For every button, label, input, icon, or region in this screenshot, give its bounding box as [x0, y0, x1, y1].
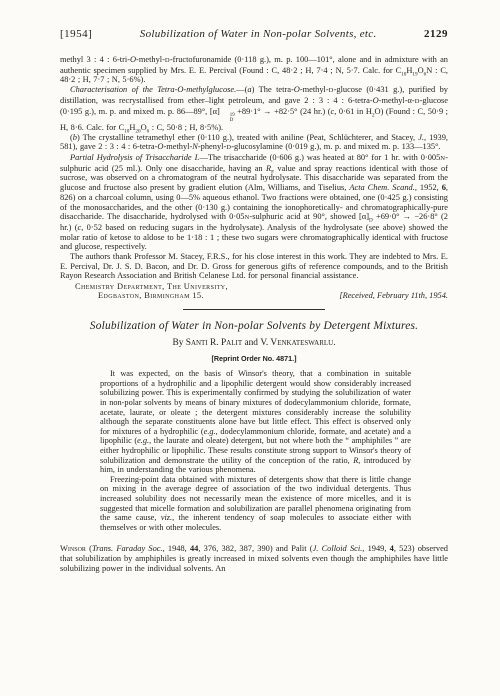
journal-page: [1954] Solubilization of Water in Non-po… [0, 0, 500, 696]
author-address: Chemistry Department, The University, Ed… [60, 282, 448, 301]
paragraph-characterisation: Characterisation of the Tetra-O-methylgl… [60, 85, 448, 133]
text-column: [1954] Solubilization of Water in Non-po… [60, 28, 448, 573]
article-title: Solubilization of Water in Non-polar Sol… [60, 320, 448, 333]
paragraph-acknowledgements: The authors thank Professor M. Stacey, F… [60, 252, 448, 281]
journal-year: [1954] [60, 28, 92, 40]
page-number: 2129 [424, 28, 448, 40]
running-head: [1954] Solubilization of Water in Non-po… [60, 28, 448, 40]
body-paragraph-winsor: Winsor (Trans. Faraday Soc., 1948, 44, 3… [60, 544, 448, 573]
byline: By Santi R. Palit and V. Venkateswarlu. [60, 338, 448, 349]
abstract: It was expected, on the basis of Winsor'… [100, 369, 411, 532]
address-line-2: Edgbaston, Birmingham 15. [60, 291, 204, 300]
address-row: Edgbaston, Birmingham 15. [Received, Feb… [60, 291, 448, 300]
abstract-paragraph-1: It was expected, on the basis of Winsor'… [100, 369, 411, 475]
paragraph-continuation: methyl 3 : 4 : 6-tri-O-methyl-D-fructofu… [60, 55, 448, 85]
address-line-1: Chemistry Department, The University, [60, 282, 448, 291]
received-date: [Received, February 11th, 1954. [339, 291, 448, 300]
paragraph-partial-hydrolysis: Partial Hydrolysis of Trisaccharide I.—T… [60, 153, 448, 252]
running-title: Solubilization of Water in Non-polar Sol… [140, 28, 377, 40]
paragraph-crystalline-ether: (b) The crystalline tetramethyl ether (0… [60, 133, 448, 153]
reprint-order: [Reprint Order No. 4871.] [60, 354, 448, 363]
section-divider [183, 309, 325, 310]
abstract-paragraph-2: Freezing-point data obtained with mixtur… [100, 475, 411, 533]
